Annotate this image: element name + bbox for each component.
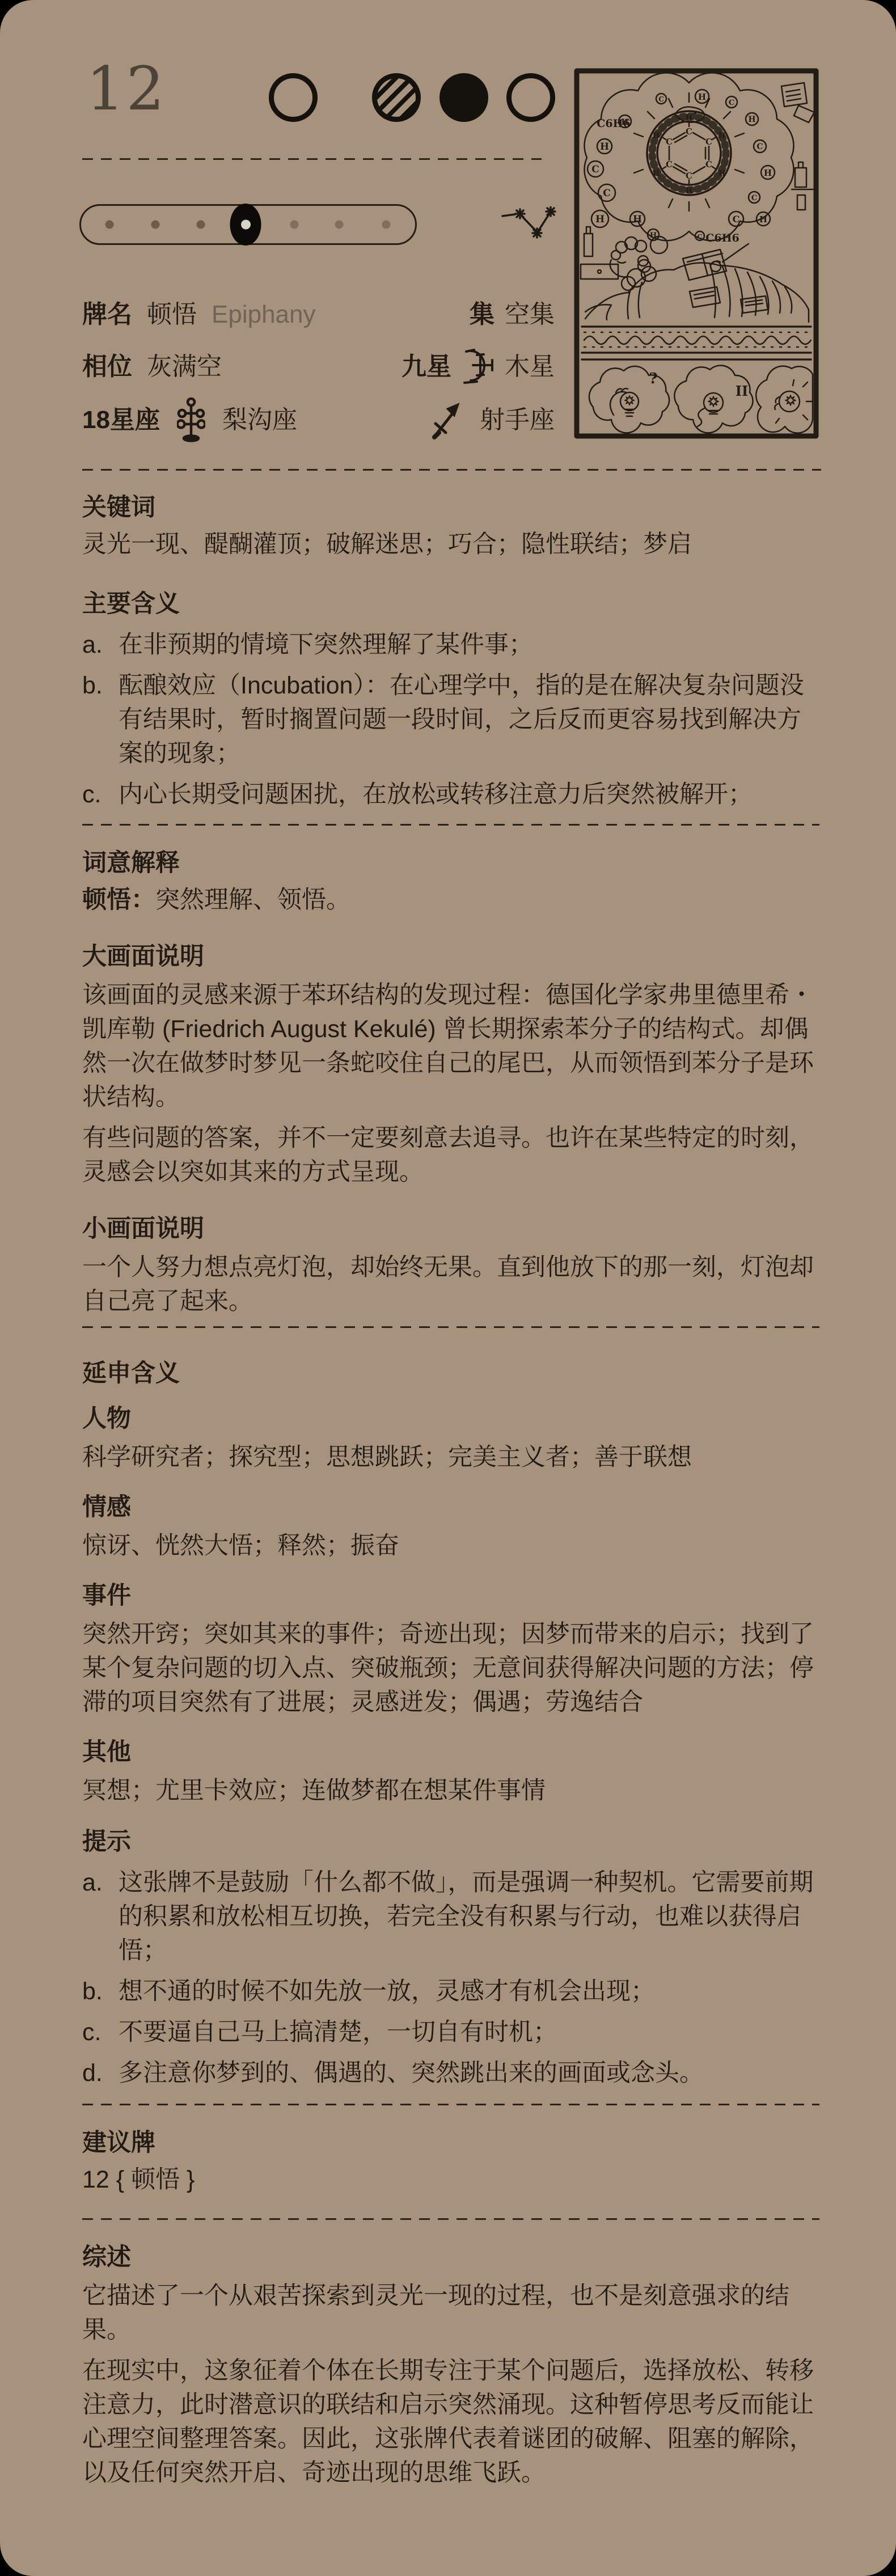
term: 顿悟： [82, 886, 155, 913]
slider-dot[interactable] [335, 221, 344, 229]
subsection-title-emotion: 情感 [82, 1490, 819, 1524]
list-item: a. 在非预期的情境下突然理解了某件事； [82, 628, 819, 662]
sleeping-figure [585, 237, 809, 322]
svg-text:C: C [729, 99, 734, 107]
divider-dashed [82, 1326, 819, 1328]
card-artwork: C6H6 C6H6 CC CC CC HH HH HH HC CH HH HC … [574, 68, 819, 439]
list-item: d. 多注意你梦到的、偶遇的、突然跳出来的画面或念头。 [82, 2056, 819, 2090]
phase-circle-hatched-icon [372, 73, 421, 122]
ninestar-label: 九星 [401, 350, 451, 384]
carpet-band [582, 327, 811, 359]
word-explain-body: 顿悟：突然理解、领悟。 [82, 883, 819, 917]
section-title-suggested: 建议牌 [82, 2126, 819, 2160]
subsection-title-events: 事件 [82, 1579, 819, 1613]
svg-text:H: H [600, 141, 609, 153]
summary-paragraph: 在现实中，这象征着个体在长期专注于某个问题后，选择放松、转移注意力，此时潜意识的… [82, 2354, 819, 2490]
svg-text:H: H [653, 170, 660, 178]
svg-text:H: H [650, 231, 657, 240]
question-mark: ? [649, 370, 657, 387]
svg-text:H: H [748, 115, 755, 124]
svg-text:C: C [666, 159, 673, 170]
divider-dashed [82, 2104, 819, 2105]
slider-dot[interactable] [382, 221, 391, 229]
list-item: b. 想不通的时候不如先放一放，灵感才有机会出现； [82, 1974, 819, 2008]
zodiac18-value: 梨沟座 [222, 403, 297, 437]
svg-text:H: H [759, 214, 767, 225]
name-label: 牌名 [82, 298, 132, 332]
list-item: c. 不要逼自己马上搞清楚，一切自有时机； [82, 2015, 819, 2049]
progress-dot-slider[interactable] [79, 204, 417, 245]
other-body: 冥想；尤里卡效应；连做梦都在想某件事情 [82, 1774, 819, 1808]
name-en: Epiphany [212, 298, 315, 332]
svg-text:H: H [764, 168, 772, 178]
svg-text:C: C [733, 214, 740, 225]
svg-text:C: C [705, 159, 712, 170]
svg-text:H: H [595, 214, 605, 225]
svg-text:H: H [719, 170, 725, 178]
svg-text:C: C [603, 188, 611, 199]
svg-text:H: H [686, 187, 692, 196]
phase-circle-empty-icon [269, 73, 318, 122]
svg-text:C: C [591, 164, 599, 175]
small-picture-paragraph: 一个人努力想点亮灯泡，却始终无果。直到他放下的那一刻，灯泡却自己亮了起来。 [82, 1250, 819, 1318]
emotion-body: 惊讶、恍然大悟；释然；振奋 [82, 1529, 819, 1563]
svg-text:H: H [719, 132, 725, 140]
attr-row-name: 牌名 顿悟 Epiphany 集 空集 [82, 298, 555, 332]
slider-dot-core [241, 220, 251, 230]
section-title-word-explain: 词意解释 [82, 846, 819, 880]
svg-text:H: H [633, 214, 642, 225]
slider-dot[interactable] [290, 221, 299, 229]
svg-text:C: C [705, 137, 712, 147]
sagittarius-glyph-icon [431, 400, 463, 441]
subsection-title-other: 其他 [82, 1735, 819, 1769]
list-item: b. 酝酿效应（Incubation）：在心理学中，指的是在解决复杂问题没有结果… [82, 669, 819, 771]
name-value: 顿悟 [147, 298, 197, 332]
slider-dot[interactable] [105, 221, 114, 229]
svg-text:C: C [686, 126, 692, 137]
divider-dashed [82, 824, 819, 826]
big-picture-paragraph: 有些问题的答案，并不一定要刻意去追寻。也许在某些特定的时刻，灵感会以突如其来的方… [82, 1121, 819, 1189]
slider-dot[interactable] [151, 221, 160, 229]
zodiac18-label: 18星座 [82, 403, 160, 437]
people-body: 科学研究者；探究型；思想跳跃；完美主义者；善于联想 [82, 1440, 819, 1474]
svg-text:H: H [653, 132, 660, 140]
set-label: 集 [470, 298, 495, 332]
events-body: 突然开窍；突如其来的事件；奇迹出现；因梦而带来的启示；找到了某个复杂问题的切入点… [82, 1617, 819, 1719]
phase-label: 相位 [82, 350, 132, 384]
phase-circle-empty2-icon [506, 73, 555, 122]
section-title-summary: 综述 [82, 2240, 819, 2274]
section-title-big-picture: 大画面说明 [82, 940, 819, 974]
slider-dot-active[interactable] [230, 204, 261, 246]
subsection-title-people: 人物 [82, 1402, 819, 1436]
svg-text:H: H [698, 92, 706, 102]
section-title-main-meaning: 主要含义 [82, 587, 819, 621]
pause-mark: II [736, 383, 748, 399]
phase-value: 灰满空 [147, 350, 222, 384]
set-value: 空集 [505, 298, 555, 332]
ninestar-value: 木星 [505, 350, 555, 384]
header: 12 [0, 0, 896, 471]
summary-paragraph: 它描述了一个从艰苦探索到灵光一现的过程，也不是刻意强求的结果。 [82, 2279, 819, 2347]
three-star-constellation-icon [501, 206, 558, 242]
big-picture-paragraph: 该画面的灵感来源于苯环结构的发现过程：德国化学家弗里德里希・凯库勒 (Fried… [82, 978, 819, 1114]
svg-text:C: C [666, 137, 673, 147]
section-title-small-picture: 小画面说明 [82, 1212, 819, 1246]
suggested-card: 12 { 顿悟 } [82, 2163, 819, 2197]
card-description: 关键词 灵光一现、醍醐灌顶；破解迷思；巧合；隐性联结；梦启 主要含义 a. 在非… [82, 471, 819, 2490]
svg-text:H: H [621, 118, 628, 127]
keywords-body: 灵光一现、醍醐灌顶；破解迷思；巧合；隐性联结；梦启 [82, 527, 819, 561]
svg-text:C: C [751, 194, 757, 202]
divider-dashed [82, 158, 542, 160]
attr-row-phase: 相位 灰满空 九星 木星 [82, 348, 555, 386]
attr-row-zodiac: 18星座 梨沟座 [82, 397, 555, 443]
section-title-keywords: 关键词 [82, 490, 819, 524]
card-number: 12 [86, 59, 166, 119]
svg-text:C: C [658, 95, 664, 103]
section-title-extended: 延申含义 [82, 1356, 819, 1390]
formula-label: C6H6 [705, 232, 739, 244]
section-title-tips: 提示 [82, 1825, 819, 1859]
list-item: a. 这张牌不是鼓励「什么都不做」，而是强调一种契机。它需要前期的积累和放松相互… [82, 1866, 819, 1968]
svg-text:C: C [686, 171, 692, 181]
slider-dot[interactable] [197, 221, 205, 229]
pear-groove-constellation-glyph-icon [177, 397, 205, 443]
svg-text:C: C [756, 142, 763, 151]
divider-dashed [82, 2218, 819, 2220]
svg-text:H: H [686, 114, 692, 122]
dream-cloud-right [756, 366, 813, 433]
phase-circle-filled-icon [439, 73, 488, 122]
zodiac-value: 射手座 [480, 403, 555, 437]
list-item: c. 内心长期受问题困扰，在放松或转移注意力后突然被解开； [82, 777, 819, 811]
svg-text:C: C [698, 233, 703, 240]
card-detail-page: 12 [0, 0, 896, 2576]
jupiter-glyph-icon [462, 348, 495, 386]
